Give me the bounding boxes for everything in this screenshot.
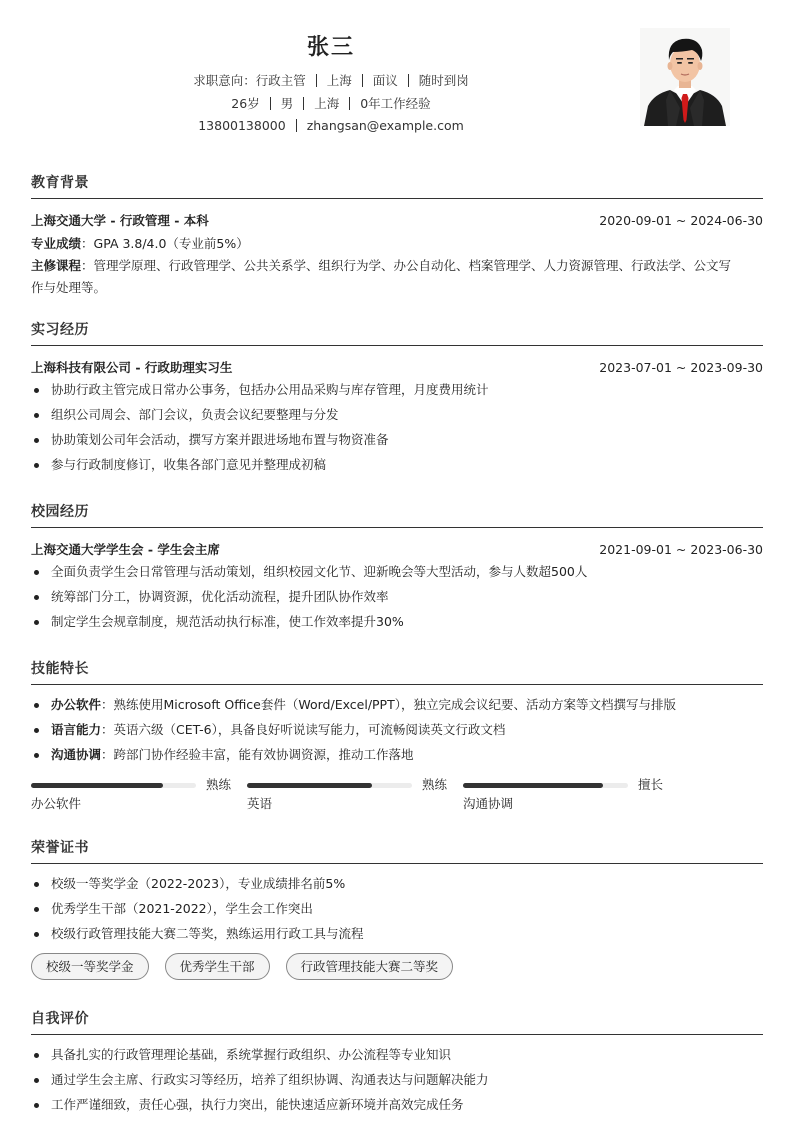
self-evaluation-bullets: 具备扎实的行政管理理论基础，系统掌握行政组织、办公流程等专业知识 通过学生会主席…: [31, 1042, 763, 1117]
section-title-self-evaluation: 自我评价: [31, 1009, 763, 1030]
age: 26岁: [231, 96, 259, 111]
skill-label: 语言能力: [51, 722, 101, 737]
list-item: 统筹部门分工，协调资源，优化活动流程，提升团队协作效率: [31, 584, 763, 609]
progress-track: [31, 783, 196, 788]
section-divider: [31, 684, 763, 685]
education-courses-continued: 作与处理等。: [31, 277, 763, 299]
skill-text: ：跨部门协作经验丰富，能有效协调资源，推动工作落地: [101, 747, 414, 762]
honors-bullets: 校级一等奖学金（2022-2023），专业成绩排名前5% 优秀学生干部（2021…: [31, 871, 763, 946]
list-item: 具备扎实的行政管理理论基础，系统掌握行政组织、办公流程等专业知识: [31, 1042, 763, 1067]
courses-label: 主修课程: [31, 258, 81, 273]
campus-bullets: 全面负责学生会日常管理与活动策划，组织校园文化节、迎新晚会等大型活动，参与人数超…: [31, 559, 763, 634]
section-divider: [31, 1034, 763, 1035]
skill-name: 沟通协调: [463, 794, 513, 812]
list-item: 语言能力：英语六级（CET-6），具备良好听说读写能力，可流畅阅读英文行政文档: [31, 717, 763, 742]
education-section: 教育背景 上海交通大学 - 行政管理 - 本科 2020-09-01 ~ 202…: [31, 173, 763, 299]
skill-level: 擅长: [638, 775, 663, 793]
section-title-honors: 荣誉证书: [31, 838, 763, 859]
progress-fill: [247, 783, 372, 788]
skill-level: 熟练: [206, 775, 231, 793]
campus-section: 校园经历 上海交通大学学生会 - 学生会主席 2021-09-01 ~ 2023…: [31, 502, 763, 634]
job-intent-availability: 随时到岗: [419, 73, 469, 88]
internship-date: 2023-07-01 ~ 2023-09-30: [599, 360, 763, 375]
progress-fill: [31, 783, 163, 788]
list-item: 校级行政管理技能大赛二等奖，熟练运用行政工具与流程: [31, 921, 763, 946]
resume-page: 张三 求职意向：行政主管上海面议随时到岗 26岁男上海0年工作经验 138001…: [31, 0, 763, 150]
section-title-campus: 校园经历: [31, 502, 763, 523]
campus-date: 2021-09-01 ~ 2023-06-30: [599, 542, 763, 557]
section-divider: [31, 527, 763, 528]
list-item: 协助策划公司年会活动，撰写方案并跟进场地布置与物资准备: [31, 427, 763, 452]
campus-heading: 上海交通大学学生会 - 学生会主席: [31, 540, 220, 558]
campus-entry-header: 上海交通大学学生会 - 学生会主席 2021-09-01 ~ 2023-06-3…: [31, 539, 763, 559]
honor-tag: 行政管理技能大赛二等奖: [286, 953, 454, 980]
skills-bullets: 办公软件：熟练使用Microsoft Office套件（Word/Excel/P…: [31, 692, 763, 767]
gpa-value: ：GPA 3.8/4.0（专业前5%）: [81, 236, 249, 251]
gpa-label: 专业成绩: [31, 236, 81, 251]
divider: [362, 74, 363, 87]
section-divider: [31, 345, 763, 346]
education-courses: 主修课程：管理学原理、行政管理学、公共关系学、组织行为学、办公自动化、档案管理学…: [31, 255, 763, 277]
divider: [303, 97, 304, 110]
education-entry-header: 上海交通大学 - 行政管理 - 本科 2020-09-01 ~ 2024-06-…: [31, 210, 763, 230]
progress-track: [247, 783, 412, 788]
skill-text: ：英语六级（CET-6），具备良好听说读写能力，可流畅阅读英文行政文档: [101, 722, 505, 737]
honor-tag: 校级一等奖学金: [31, 953, 149, 980]
list-item: 校级一等奖学金（2022-2023），专业成绩排名前5%: [31, 871, 763, 896]
divider: [408, 74, 409, 87]
list-item: 通过学生会主席、行政实习等经历，培养了组织协调、沟通表达与问题解决能力: [31, 1067, 763, 1092]
section-divider: [31, 198, 763, 199]
experience-years: 0年工作经验: [360, 96, 430, 111]
education-gpa: 专业成绩：GPA 3.8/4.0（专业前5%）: [31, 233, 763, 255]
list-item: 组织公司周会、部门会议，负责会议纪要整理与分发: [31, 402, 763, 427]
skill-label: 沟通协调: [51, 747, 101, 762]
divider: [270, 97, 271, 110]
section-divider: [31, 863, 763, 864]
education-heading: 上海交通大学 - 行政管理 - 本科: [31, 211, 209, 229]
skills-section: 技能特长 办公软件：熟练使用Microsoft Office套件（Word/Ex…: [31, 659, 763, 815]
skill-level: 熟练: [422, 775, 447, 793]
skill-bars: 熟练 办公软件 熟练 英语 擅长 沟通协调: [31, 775, 763, 815]
progress-track: [463, 783, 628, 788]
job-intent-position: 求职意向：行政主管: [193, 73, 306, 88]
divider: [349, 97, 350, 110]
gender: 男: [281, 96, 294, 111]
skill-bar-office: 熟练 办公软件: [31, 775, 247, 815]
internship-bullets: 协助行政主管完成日常办公事务，包括办公用品采购与库存管理，月度费用统计 组织公司…: [31, 377, 763, 477]
divider: [296, 119, 297, 132]
skill-label: 办公软件: [51, 697, 101, 712]
location: 上海: [314, 96, 339, 111]
internship-heading: 上海科技有限公司 - 行政助理实习生: [31, 358, 232, 376]
resume-header: 张三 求职意向：行政主管上海面议随时到岗 26岁男上海0年工作经验 138001…: [31, 0, 763, 150]
internship-entry-header: 上海科技有限公司 - 行政助理实习生 2023-07-01 ~ 2023-09-…: [31, 357, 763, 377]
basic-info-line: 26岁男上海0年工作经验: [31, 94, 631, 112]
skill-bar-communication: 擅长 沟通协调: [463, 775, 679, 815]
skill-name: 办公软件: [31, 794, 81, 812]
list-item: 优秀学生干部（2021-2022），学生会工作突出: [31, 896, 763, 921]
self-evaluation-section: 自我评价 具备扎实的行政管理理论基础，系统掌握行政组织、办公流程等专业知识 通过…: [31, 1009, 763, 1117]
candidate-name: 张三: [31, 30, 631, 61]
contact-line: 13800138000zhangsan@example.com: [31, 118, 631, 133]
progress-fill: [463, 783, 603, 788]
list-item: 全面负责学生会日常管理与活动策划，组织校园文化节、迎新晚会等大型活动，参与人数超…: [31, 559, 763, 584]
section-title-education: 教育背景: [31, 173, 763, 194]
job-intent-city: 上海: [327, 73, 352, 88]
education-date: 2020-09-01 ~ 2024-06-30: [599, 213, 763, 228]
divider: [316, 74, 317, 87]
list-item: 办公软件：熟练使用Microsoft Office套件（Word/Excel/P…: [31, 692, 763, 717]
skill-name: 英语: [247, 794, 272, 812]
person-portrait-icon: [640, 28, 730, 126]
job-intent-salary: 面议: [373, 73, 398, 88]
list-item: 制定学生会规章制度，规范活动执行标准，使工作效率提升30%: [31, 609, 763, 634]
list-item: 沟通协调：跨部门协作经验丰富，能有效协调资源，推动工作落地: [31, 742, 763, 767]
email-address: zhangsan@example.com: [307, 118, 464, 133]
list-item: 参与行政制度修订，收集各部门意见并整理成初稿: [31, 452, 763, 477]
section-title-internship: 实习经历: [31, 320, 763, 341]
honor-tag: 优秀学生干部: [165, 953, 270, 980]
skill-bar-english: 熟练 英语: [247, 775, 463, 815]
list-item: 协助行政主管完成日常办公事务，包括办公用品采购与库存管理，月度费用统计: [31, 377, 763, 402]
list-item: 工作严谨细致，责任心强，执行力突出，能快速适应新环境并高效完成任务: [31, 1092, 763, 1117]
honors-section: 荣誉证书 校级一等奖学金（2022-2023），专业成绩排名前5% 优秀学生干部…: [31, 838, 763, 980]
internship-section: 实习经历 上海科技有限公司 - 行政助理实习生 2023-07-01 ~ 202…: [31, 320, 763, 477]
job-intent-line: 求职意向：行政主管上海面议随时到岗: [31, 71, 631, 89]
courses-value: ：管理学原理、行政管理学、公共关系学、组织行为学、办公自动化、档案管理学、人力资…: [81, 258, 731, 273]
honor-tags: 校级一等奖学金 优秀学生干部 行政管理技能大赛二等奖: [31, 953, 763, 980]
skill-text: ：熟练使用Microsoft Office套件（Word/Excel/PPT），…: [101, 697, 676, 712]
phone-number: 13800138000: [198, 118, 285, 133]
avatar: [640, 28, 730, 126]
section-title-skills: 技能特长: [31, 659, 763, 680]
